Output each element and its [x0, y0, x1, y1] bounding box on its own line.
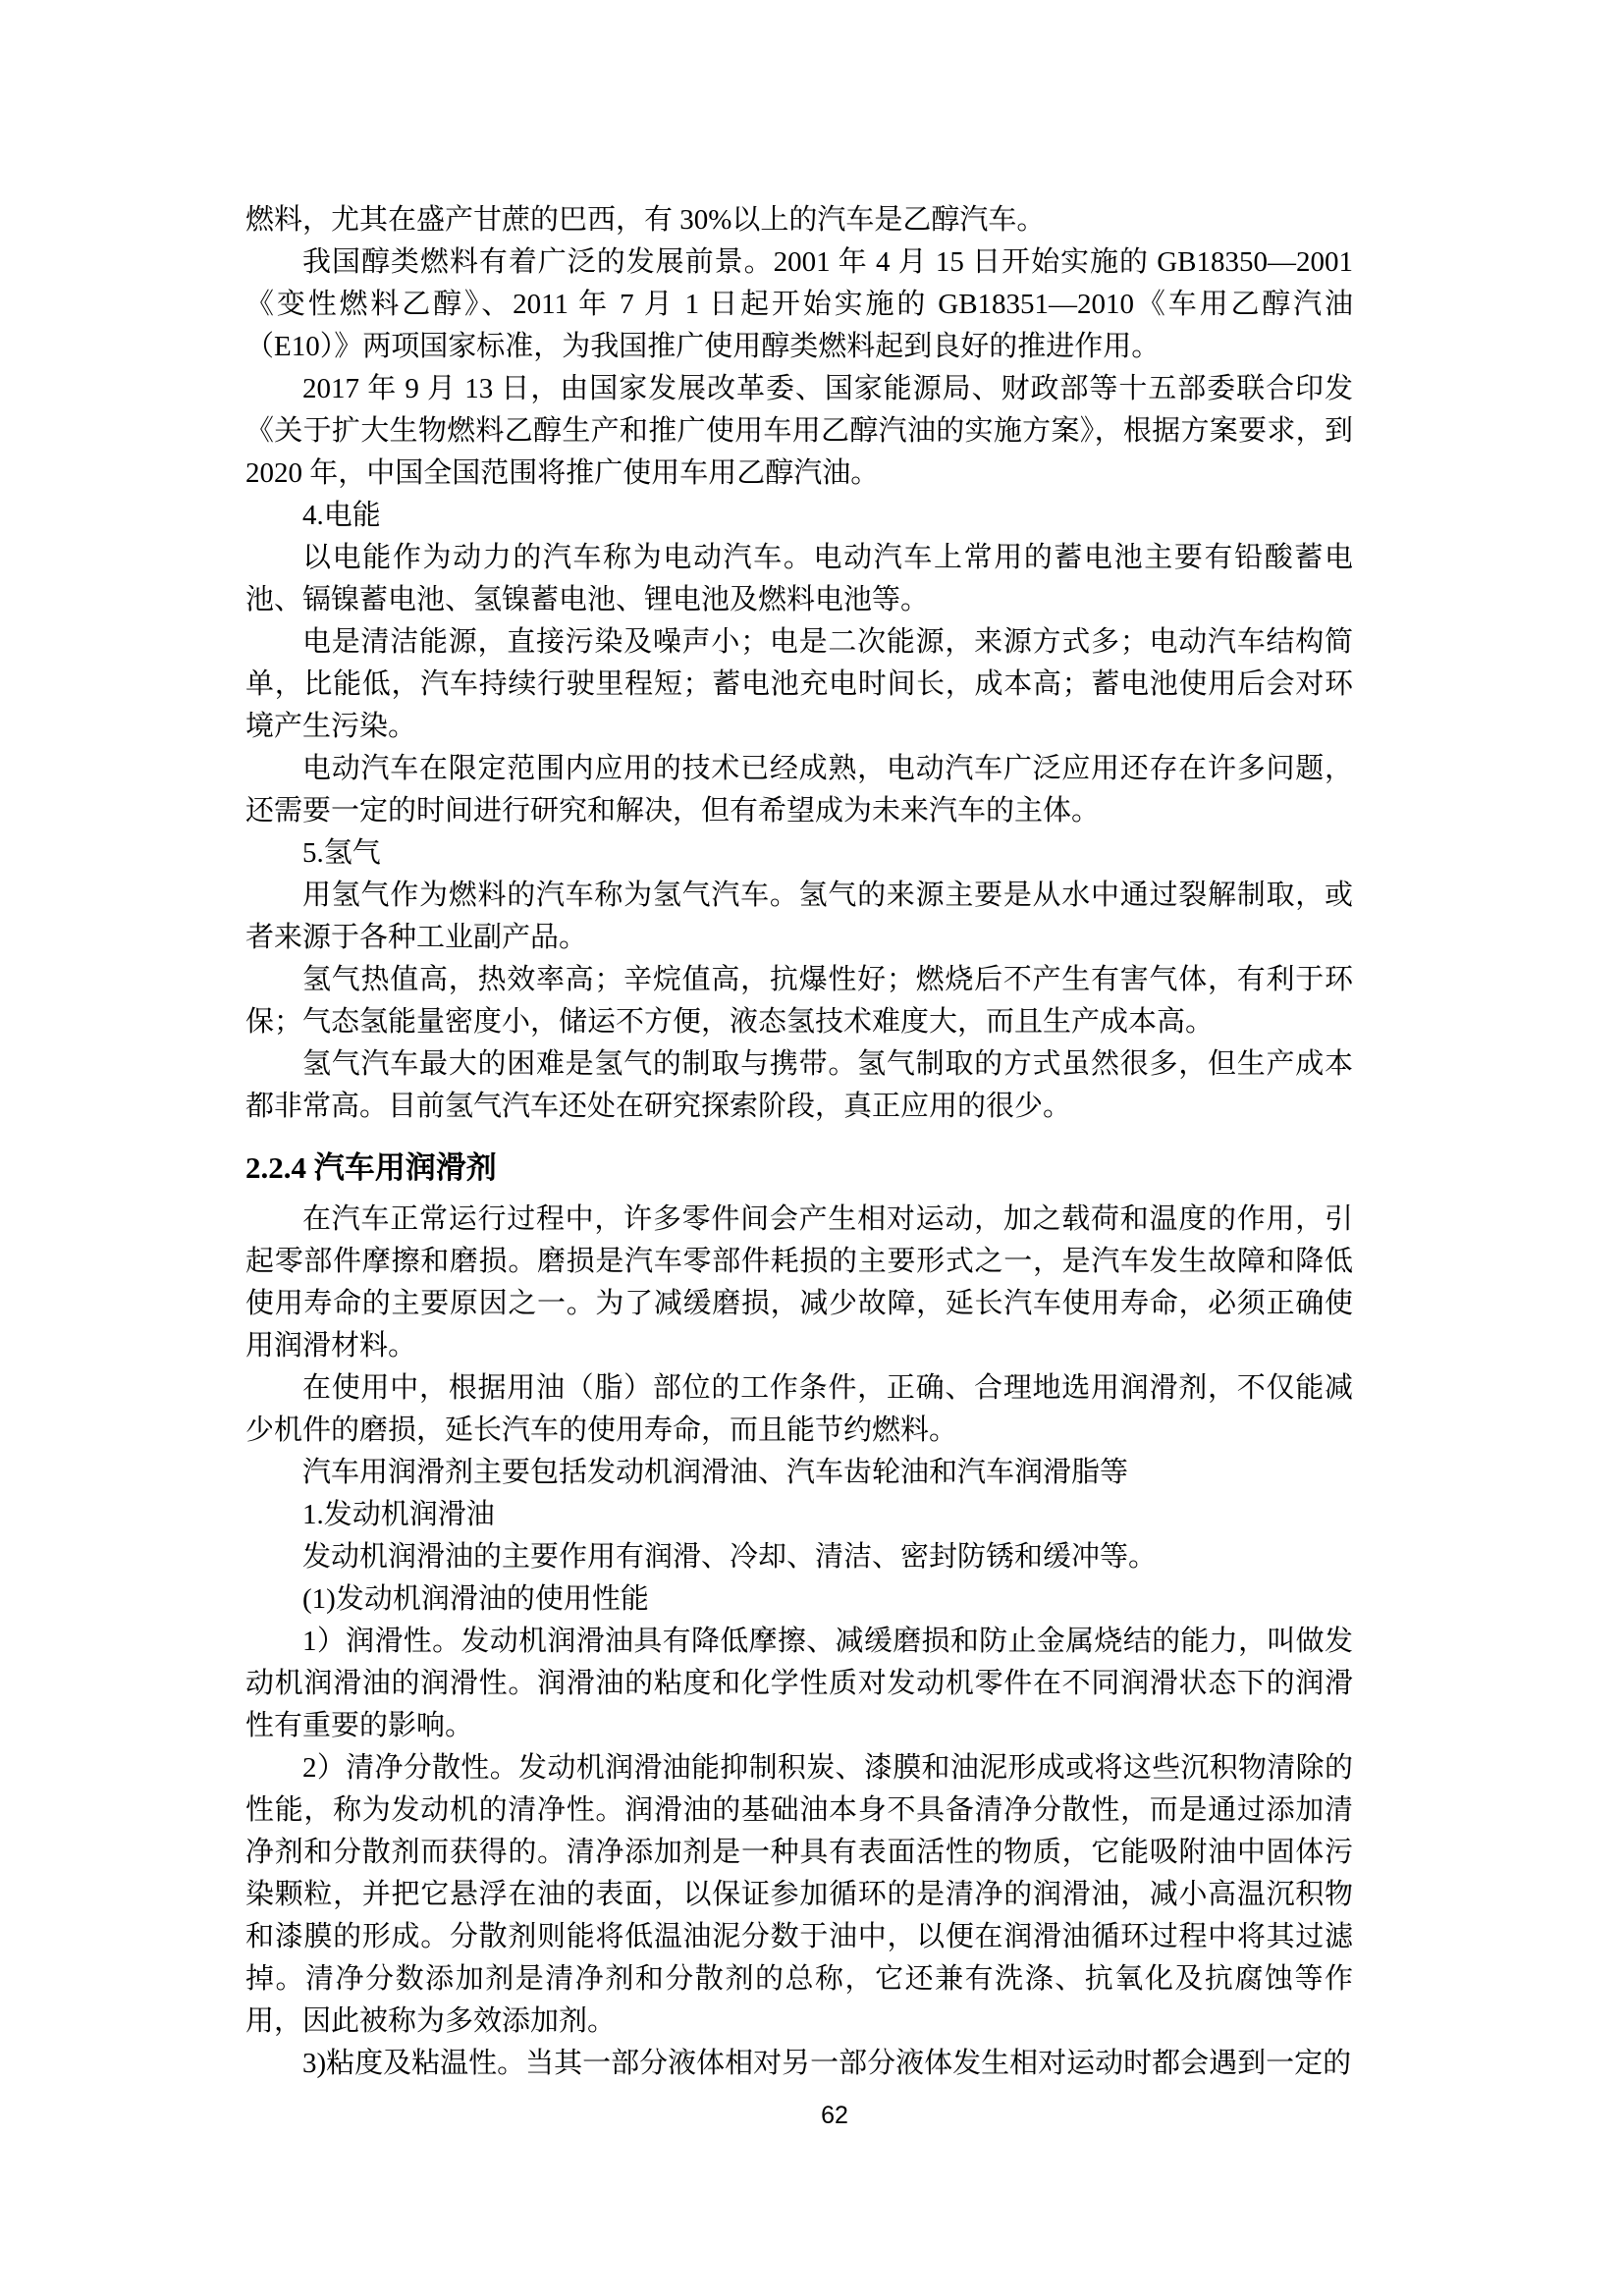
paragraph: 我国醇类燃料有着广泛的发展前景。2001 年 4 月 15 日开始实施的 GB1…	[245, 241, 1353, 368]
document-page: 燃料，尤其在盛产甘蔗的巴西，有 30%以上的汽车是乙醇汽车。我国醇类燃料有着广泛…	[0, 0, 1624, 2296]
paragraph: 4.电能	[245, 495, 1353, 537]
paragraph: 以电能作为动力的汽车称为电动汽车。电动汽车上常用的蓄电池主要有铅酸蓄电池、镉镍蓄…	[245, 537, 1353, 621]
paragraph: 用氢气作为燃料的汽车称为氢气汽车。氢气的来源主要是从水中通过裂解制取，或者来源于…	[245, 875, 1353, 959]
paragraph: 氢气热值高，热效率高；辛烷值高，抗爆性好；燃烧后不产生有害气体，有利于环保；气态…	[245, 959, 1353, 1043]
paragraph: 在汽车正常运行过程中，许多零件间会产生相对运动，加之载荷和温度的作用，引起零部件…	[245, 1199, 1353, 1367]
paragraph: 电是清洁能源，直接污染及噪声小；电是二次能源，来源方式多；电动汽车结构简单，比能…	[245, 621, 1353, 748]
paragraph: 汽车用润滑剂主要包括发动机润滑油、汽车齿轮油和汽车润滑脂等	[245, 1452, 1353, 1494]
paragraph: 2017 年 9 月 13 日，由国家发展改革委、国家能源局、财政部等十五部委联…	[245, 368, 1353, 495]
paragraph: 氢气汽车最大的困难是氢气的制取与携带。氢气制取的方式虽然很多，但生产成本都非常高…	[245, 1043, 1353, 1128]
paragraph: 电动汽车在限定范围内应用的技术已经成熟，电动汽车广泛应用还存在许多问题，还需要一…	[245, 748, 1353, 832]
paragraph: (1)发动机润滑油的使用性能	[245, 1578, 1353, 1621]
paragraph: 1.发动机润滑油	[245, 1494, 1353, 1536]
paragraph: 5.氢气	[245, 832, 1353, 875]
paragraph: 发动机润滑油的主要作用有润滑、冷却、清洁、密封防锈和缓冲等。	[245, 1536, 1353, 1578]
section-heading: 2.2.4 汽车用润滑剂	[245, 1147, 1353, 1189]
document-body: 燃料，尤其在盛产甘蔗的巴西，有 30%以上的汽车是乙醇汽车。我国醇类燃料有着广泛…	[245, 199, 1353, 2085]
page-number: 62	[245, 2101, 1424, 2130]
paragraph: 3)粘度及粘温性。当其一部分液体相对另一部分液体发生相对运动时都会遇到一定的	[245, 2043, 1353, 2085]
paragraph: 燃料，尤其在盛产甘蔗的巴西，有 30%以上的汽车是乙醇汽车。	[245, 199, 1353, 241]
paragraph: 1）润滑性。发动机润滑油具有降低摩擦、减缓磨损和防止金属烧结的能力，叫做发动机润…	[245, 1621, 1353, 1747]
paragraph: 在使用中，根据用油（脂）部位的工作条件，正确、合理地选用润滑剂，不仅能减少机件的…	[245, 1367, 1353, 1452]
paragraph: 2）清净分散性。发动机润滑油能抑制积炭、漆膜和油泥形成或将这些沉积物清除的性能，…	[245, 1747, 1353, 2043]
